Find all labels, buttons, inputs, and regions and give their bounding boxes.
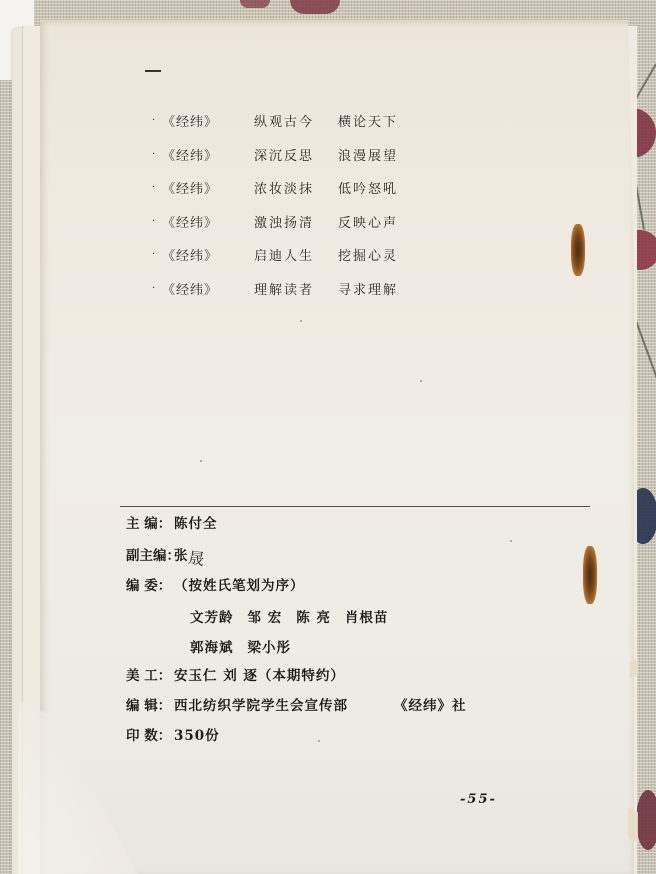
handwritten-character: 晟 <box>186 545 205 570</box>
rust-staple-mark <box>571 224 585 276</box>
print-run-row: 印 数： 350份 <box>126 724 220 744</box>
editorial-board-names-2: 郭海斌 梁小彤 <box>190 636 305 656</box>
publication-title: 《经纬》 <box>162 279 254 298</box>
page-number: -55- <box>460 792 497 807</box>
publication-title: 《经纬》 <box>162 178 254 197</box>
paper-speck <box>200 460 202 462</box>
slogan-phrase-1: 纵观古今 <box>254 111 338 130</box>
art-design-label: 美 工： <box>126 664 174 684</box>
publication-title: 《经纬》 <box>162 245 254 264</box>
board-member-name: 梁小彤 <box>248 636 292 656</box>
editorial-board-note: （按姓氏笔划为序） <box>174 574 305 594</box>
torn-edge <box>630 659 638 678</box>
slogan-phrase-1: 浓妆淡抹 <box>254 178 338 197</box>
publication-title: 《经纬》 <box>162 212 254 231</box>
publication-title: 《经纬》 <box>162 111 254 130</box>
bullet: · <box>152 115 162 126</box>
editorial-board-names-1: 文芳龄 邹 宏 陈 亮 肖根苗 <box>190 606 402 626</box>
board-member-name: 文芳龄 <box>190 606 234 626</box>
bullet: · <box>152 249 162 260</box>
publication-title: 《经纬》 <box>162 145 254 164</box>
board-member-name: 郭海斌 <box>190 636 234 656</box>
bullet: · <box>152 283 162 294</box>
editorial-board-row: 编 委： （按姓氏笔划为序） <box>126 574 305 594</box>
publisher-name: 《经纬》社 <box>394 694 467 714</box>
slogan-phrase-1: 激浊扬清 <box>254 212 338 231</box>
bullet: · <box>152 216 162 227</box>
slogan-phrase-2: 反映心声 <box>338 212 398 231</box>
slogan-phrase-1: 启迪人生 <box>254 245 338 264</box>
cloth-flower <box>240 0 270 8</box>
editor-in-chief-row: 主 编： 陈付全 <box>126 512 218 532</box>
cloth-flower <box>636 790 656 850</box>
board-member-name: 陈 亮 <box>296 606 331 626</box>
art-design-row: 美 工： 安玉仁 刘 逐（本期特约） <box>126 664 345 684</box>
editing-row: 编 辑： 西北纺织学院学生会宣传部 《经纬》社 <box>126 694 467 714</box>
print-run-label: 印 数： <box>126 724 174 744</box>
slogan-item: · 《经纬》 理解读者 寻求理解 <box>152 272 398 306</box>
rust-staple-mark <box>583 546 597 604</box>
board-member-name: 邹 宏 <box>248 606 283 626</box>
slogan-phrase-1: 深沉反思 <box>254 145 338 164</box>
torn-edge <box>628 808 638 843</box>
bullet: · <box>152 182 162 193</box>
bullet: · <box>152 149 162 160</box>
slogan-item: · 《经纬》 深沉反思 浪漫展望 <box>152 138 398 172</box>
deputy-editor-row: 副主编： 张 晟 <box>126 542 205 565</box>
editor-in-chief-label: 主 编： <box>126 512 174 532</box>
slogan-phrase-1: 理解读者 <box>254 279 338 298</box>
slogan-phrase-2: 挖掘心灵 <box>338 245 398 264</box>
print-run-value: 350份 <box>174 724 220 744</box>
board-member-name: 肖根苗 <box>345 606 389 626</box>
editing-label: 编 辑： <box>126 694 174 714</box>
editor-in-chief-name: 陈付全 <box>174 512 218 532</box>
slogan-item: · 《经纬》 启迪人生 挖掘心灵 <box>152 238 398 272</box>
cloth-flower <box>290 0 340 14</box>
slogan-list: · 《经纬》 纵观古今 横论天下 · 《经纬》 深沉反思 浪漫展望 · 《经纬》… <box>152 104 398 305</box>
section-divider <box>120 506 590 507</box>
slogan-item: · 《经纬》 浓妆淡抹 低吟怒吼 <box>152 171 398 205</box>
art-design-names: 安玉仁 刘 逐（本期特约） <box>174 664 345 684</box>
slogan-phrase-2: 低吟怒吼 <box>338 178 398 197</box>
slogan-item: · 《经纬》 激浊扬清 反映心声 <box>152 205 398 239</box>
slogan-phrase-2: 浪漫展望 <box>338 145 398 164</box>
slogan-item: · 《经纬》 纵观古今 横论天下 <box>152 104 398 138</box>
slogan-phrase-2: 寻求理解 <box>338 279 398 298</box>
slogan-phrase-2: 横论天下 <box>338 111 398 130</box>
editorial-board-label: 编 委： <box>126 574 174 594</box>
paper-speck <box>300 320 302 322</box>
paper-speck <box>510 540 512 542</box>
deputy-editor-name: 张 <box>174 544 189 564</box>
page-mark <box>145 70 161 72</box>
paper-speck <box>318 740 320 742</box>
deputy-editor-label: 副主编： <box>126 544 174 564</box>
editing-department: 西北纺织学院学生会宣传部 <box>174 694 348 714</box>
paper-speck <box>420 380 422 382</box>
